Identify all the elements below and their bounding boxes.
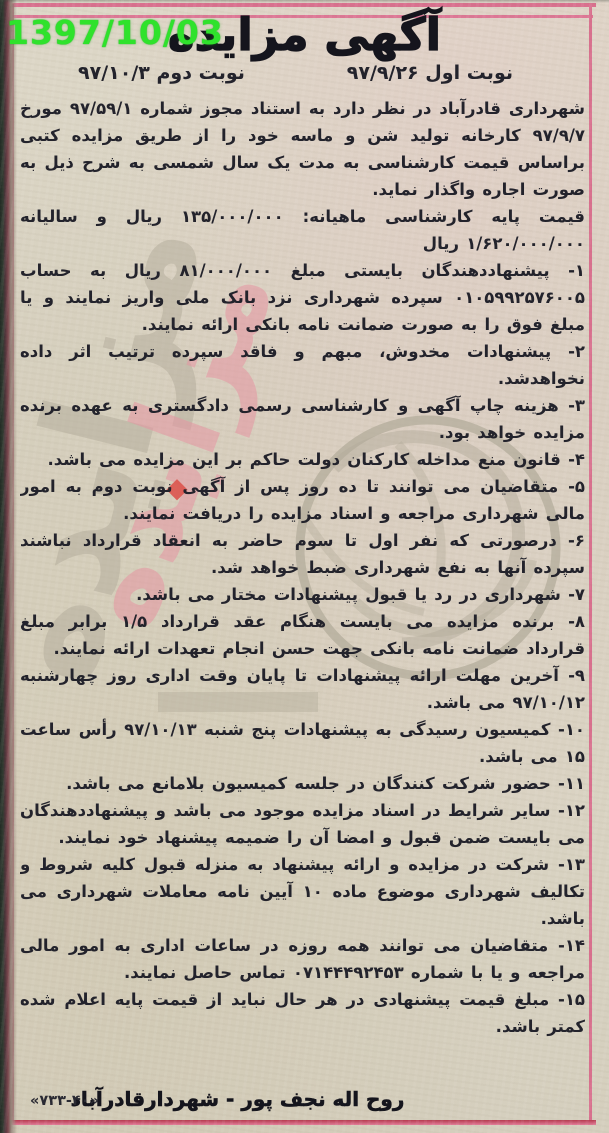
round-first-date: نوبت اول ۹۷/۹/۲۶ [347,62,513,84]
signature-row: روح اله نجف پور - شهردارقادرآباد «۷۳۳-۴۰… [20,1087,585,1123]
condition-item-2: ۲- پیشنهادات مخدوش، مبهم و فاقد سپرده تر… [20,338,585,392]
ad-body: شهرداری قادرآباد در نظر دارد به استناد م… [20,95,585,1087]
ad-content: آگهی مزایده نوبت اول ۹۷/۹/۲۶ نوبت دوم ۹۷… [0,0,609,1133]
intro-paragraph: شهرداری قادرآباد در نظر دارد به استناد م… [20,95,585,203]
round-second-date: نوبت دوم ۹۷/۱۰/۳ [78,62,245,84]
condition-item-13: ۱۳- شرکت در مزایده و ارائه پیشنهاد به من… [20,851,585,932]
condition-item-3: ۳- هزینه چاپ آگهی و کارشناسی رسمی دادگست… [20,392,585,446]
base-price-line: قیمت پایه کارشناسی ماهیانه: ۱۳۵/۰۰۰/۰۰۰ … [20,203,585,257]
newspaper-ad-page: مزایده مزایده 1397/10/03 آگهی مزایده نوب… [0,0,609,1133]
condition-item-11: ۱۱- حضور شرکت کنندگان در جلسه کمیسیون بل… [20,770,585,797]
condition-item-4: ۴- قانون منع مداخله کارکنان دولت حاکم بر… [20,446,585,473]
condition-item-8: ۸- برنده مزایده می بایست هنگام عقد قرارد… [20,608,585,662]
condition-item-10: ۱۰- کمیسیون رسیدگی به پیشنهادات پنج شنبه… [20,716,585,770]
condition-item-15: ۱۵- مبلغ قیمت پیشنهادی در هر حال نباید ا… [20,986,585,1040]
condition-item-14: ۱۴- متقاضیان می توانند همه روزه در ساعات… [20,932,585,986]
condition-item-7: ۷- شهرداری در رد یا قبول پیشنهادات مختار… [20,581,585,608]
green-date-stamp: 1397/10/03 [6,13,224,52]
condition-item-5: ۵- متقاضیان می توانند تا ده روز پس از آگ… [20,473,585,527]
condition-item-12: ۱۲- سایر شرایط در اسناد مزایده موجود می … [20,797,585,851]
condition-item-9: ۹- آخرین مهلت ارائه پیشنهادات تا پایان و… [20,662,585,716]
publication-rounds: نوبت اول ۹۷/۹/۲۶ نوبت دوم ۹۷/۱۰/۳ [20,62,585,84]
condition-item-1: ۱- پیشنهاددهندگان بایستی مبلغ ۸۱/۰۰۰/۰۰۰… [20,257,585,338]
condition-item-6: ۶- درصورتی که نفر اول تا سوم حاضر به انع… [20,527,585,581]
ad-reference-code: «۷۳۳-۴۰» [30,1093,99,1109]
